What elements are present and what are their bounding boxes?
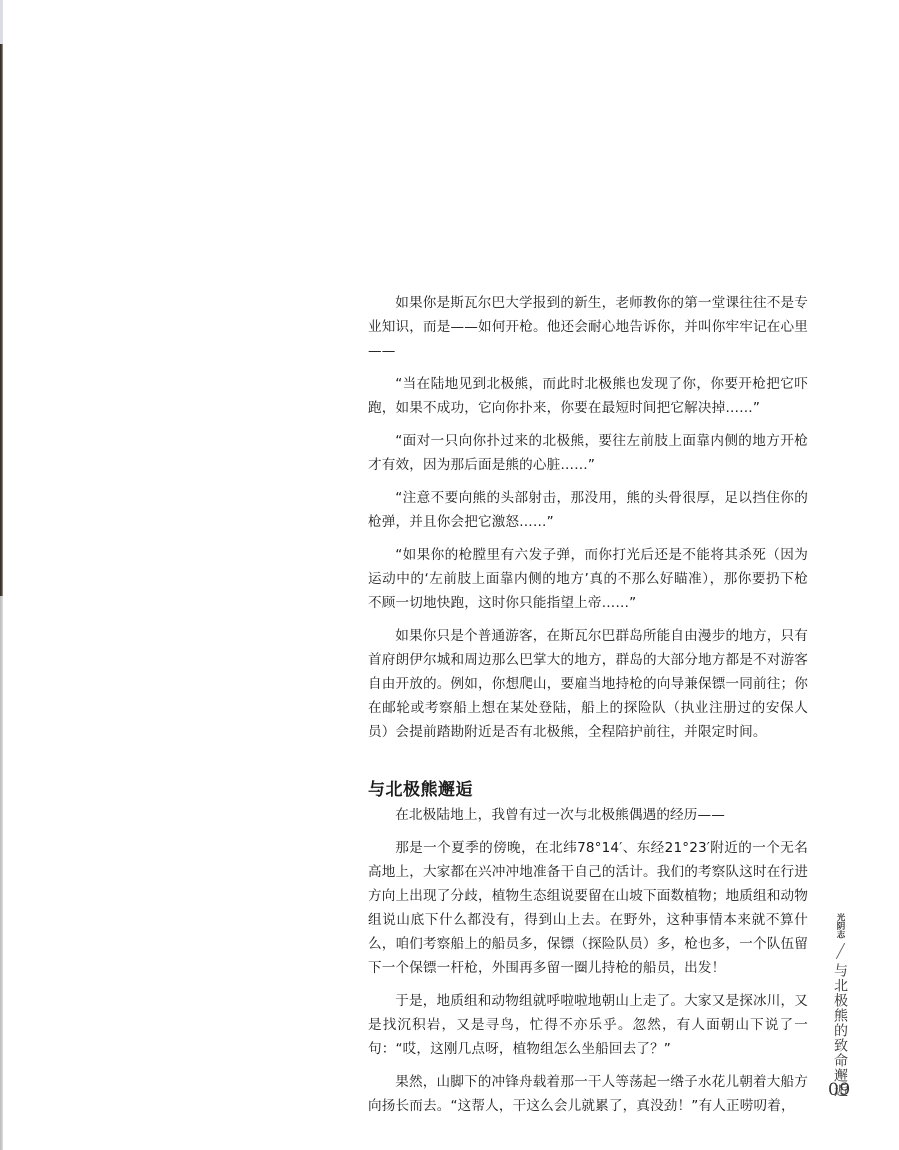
paragraph: 如果你只是个普通游客，在斯瓦尔巴群岛所能自由漫步的地方，只有首府朗伊尔城和周边那… <box>368 624 808 744</box>
page-gutter-top <box>0 0 3 44</box>
page-number: 09 <box>828 1080 851 1100</box>
quote-paragraph: “如果你的枪膛里有六发子弹，而你打光后还是不能将其杀死（因为运动中的‘左前肢上面… <box>368 543 808 615</box>
page-gutter-binding <box>0 44 3 596</box>
paragraph: 那是一个夏季的傍晚，在北纬78°14′、东经21°23′附近的一个无名高地上，大… <box>368 836 808 980</box>
section-intro: 如果你是斯瓦尔巴大学报到的新生，老师教你的第一堂课往往不是专业知识，而是——如何… <box>368 291 808 753</box>
quote-paragraph: “当在陆地见到北极熊，而此时北极熊也发现了你，你要开枪把它吓跑，如果不成功，它向… <box>368 372 808 420</box>
series-name: 光阴志 <box>834 913 846 939</box>
slash-divider <box>835 942 844 958</box>
paragraph: 在北极陆地上，我曾有过一次与北极熊偶遇的经历—— <box>368 803 808 827</box>
page-gutter-lower <box>0 596 3 1150</box>
paragraph: 于是，地质组和动物组就呼啦啦地朝山上走了。大家又是探冰川，又是找沉积岩，又是寻鸟… <box>368 989 808 1061</box>
section-encounter: 在北极陆地上，我曾有过一次与北极熊偶遇的经历—— 那是一个夏季的傍晚，在北纬78… <box>368 803 808 1127</box>
paragraph: 果然，山脚下的冲锋舟载着那一干人等荡起一绺子水花儿朝着大船方向扬长而去。“这帮人… <box>368 1070 808 1118</box>
quote-paragraph: “注意不要向熊的头部射击，那没用，熊的头骨很厚，足以挡住你的枪弹，并且你会把它激… <box>368 486 808 534</box>
article-title: 与北极熊的致命邂逅 <box>830 963 850 1098</box>
quote-paragraph: “面对一只向你扑过来的北极熊，要往左前肢上面靠内侧的地方开枪才有效，因为那后面是… <box>368 429 808 477</box>
paragraph: 如果你是斯瓦尔巴大学报到的新生，老师教你的第一堂课往往不是专业知识，而是——如何… <box>368 291 808 363</box>
section-heading: 与北极熊邂逅 <box>368 775 473 800</box>
running-header-vertical: 光阴志 与北极熊的致命邂逅 <box>830 913 850 1098</box>
